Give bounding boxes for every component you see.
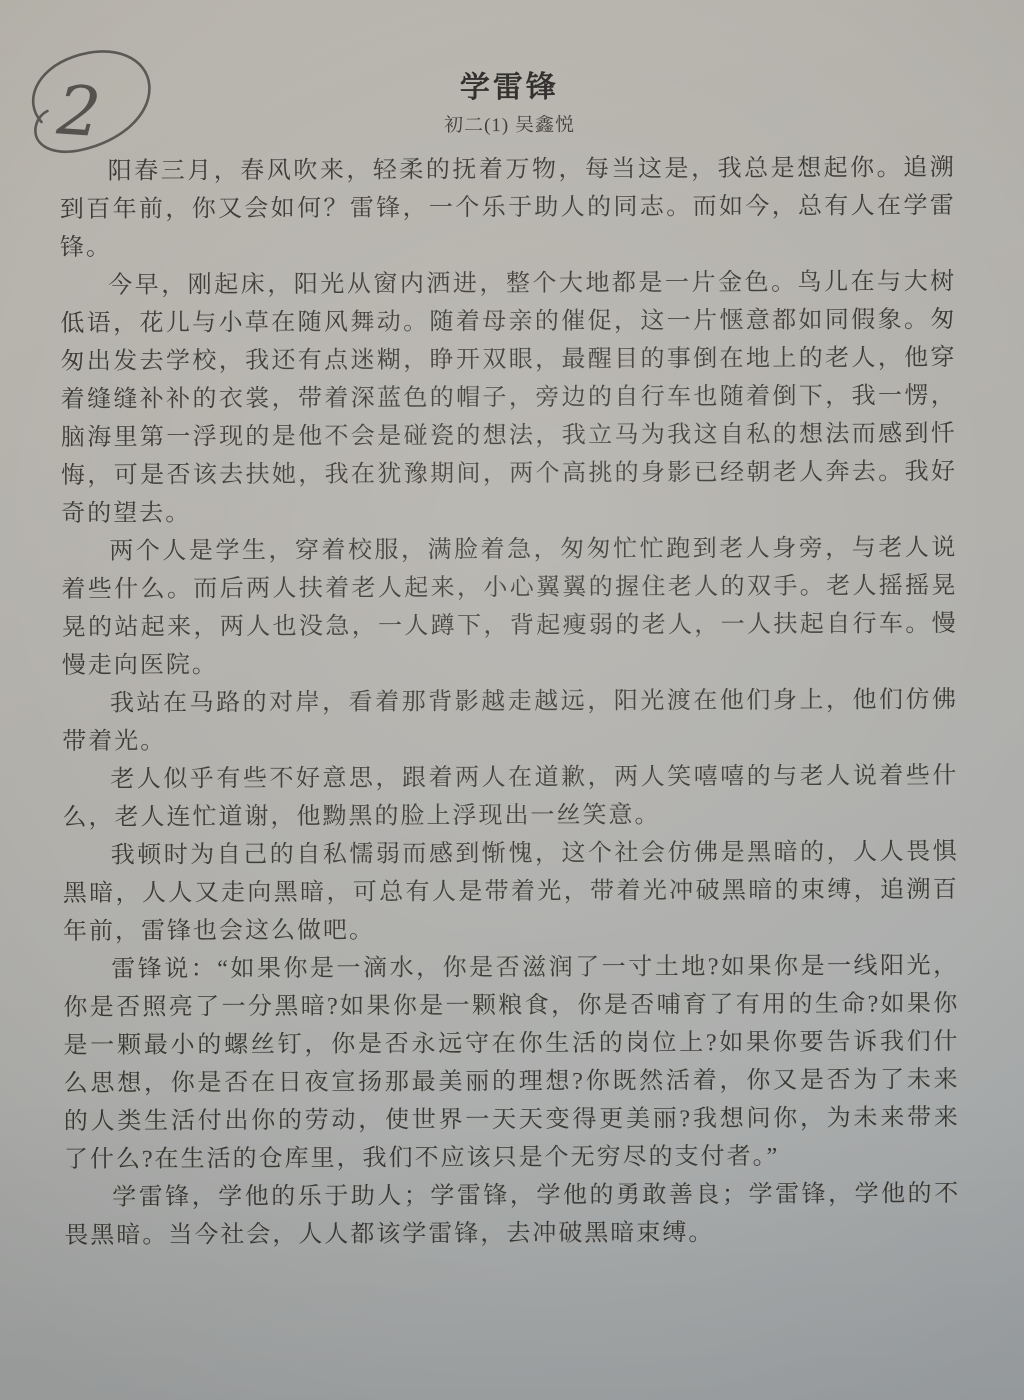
essay-paragraph: 雷锋说：“如果你是一滴水，你是否滋润了一寸土地?如果你是一线阳光，你是否照亮了一… <box>63 947 960 1179</box>
essay-paragraph: 今早，刚起床，阳光从窗内洒进，整个大地都是一片金色。鸟儿在与大树低语，花儿与小草… <box>60 263 957 533</box>
essay-body: 阳春三月，春风吹来，轻柔的抚着万物，每当这是，我总是想起你。追溯到百年前，你又会… <box>60 149 961 1255</box>
paper-sheet: 2 学雷锋 初二(1) 吴鑫悦 阳春三月，春风吹来，轻柔的抚着万物，每当这是，我… <box>0 0 1024 1400</box>
essay-paragraph: 我站在马路的对岸，看着那背影越走越远，阳光渡在他们身上，他们仿佛带着光。 <box>62 681 958 761</box>
score-value: 2 <box>54 71 103 153</box>
essay-paragraph: 阳春三月，春风吹来，轻柔的抚着万物，每当这是，我总是想起你。追溯到百年前，你又会… <box>60 149 956 267</box>
essay-paragraph: 老人似乎有些不好意思，跟着两人在道歉，两人笑嘻嘻的与老人说着些什么，老人连忙道谢… <box>62 757 958 837</box>
essay-paragraph: 我顿时为自己的自私懦弱而感到惭愧，这个社会仿佛是黑暗的，人人畏惧黑暗，人人又走向… <box>63 833 959 951</box>
essay-paragraph: 两个人是学生，穿着校服，满脸着急，匆匆忙忙跑到老人身旁，与老人说着些什么。而后两… <box>61 529 958 685</box>
score-annotation: 2 <box>11 40 162 166</box>
essay-paragraph: 学雷锋，学他的乐于助人；学雷锋，学他的勇敢善良；学雷锋，学他的不畏黑暗。当今社会… <box>64 1175 960 1255</box>
